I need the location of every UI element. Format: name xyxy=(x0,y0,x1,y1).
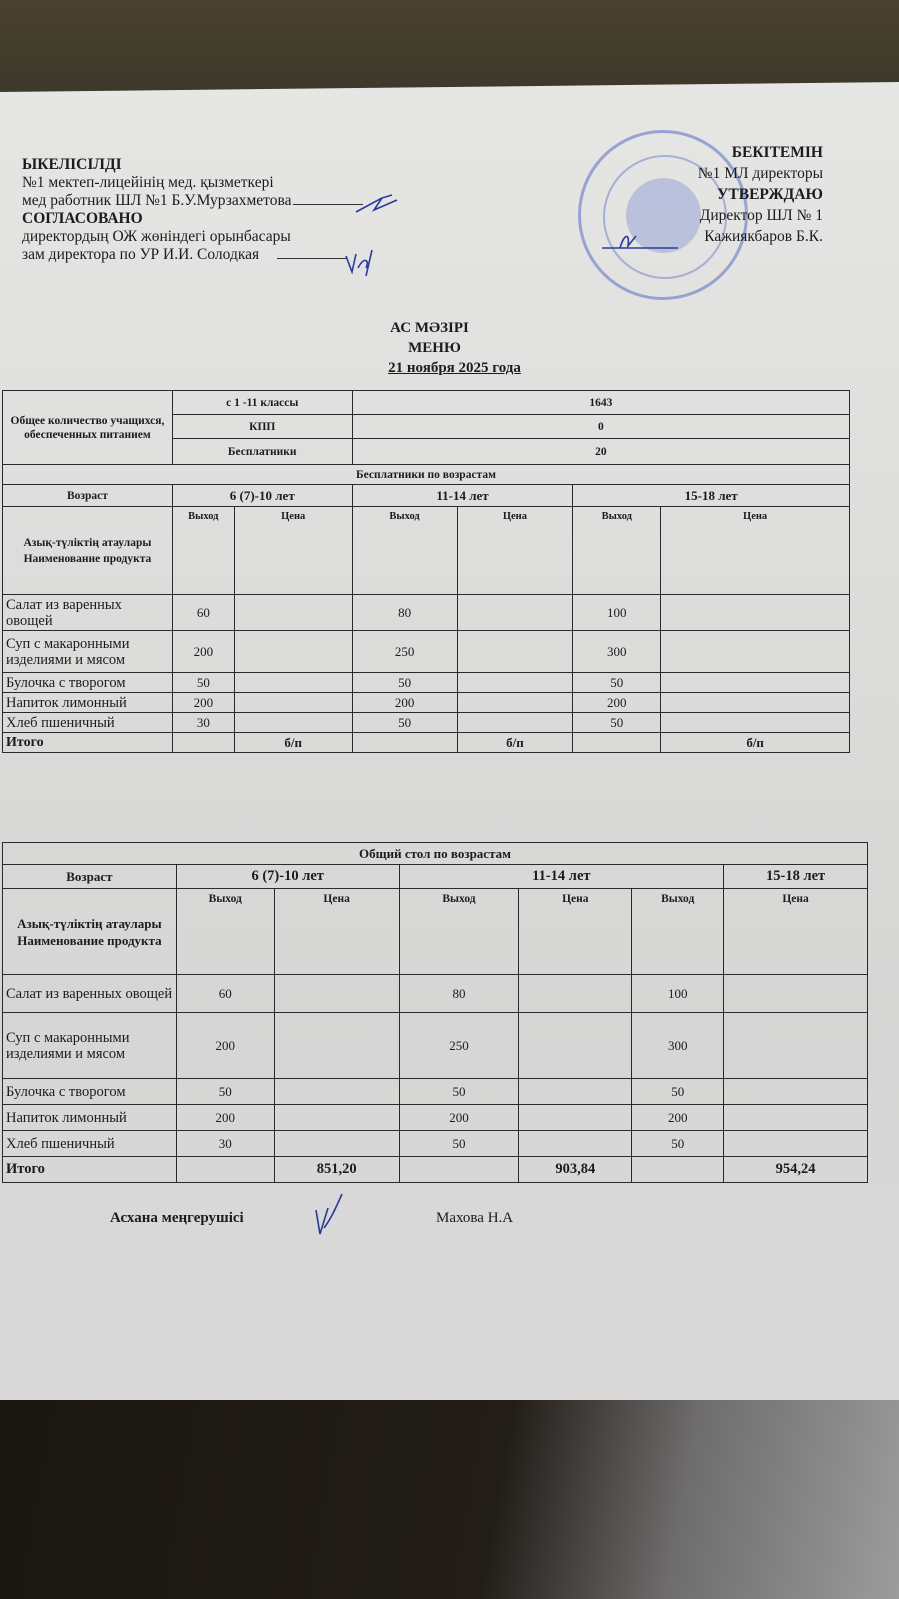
output-value: 50 xyxy=(176,1079,274,1105)
product-name: Хлеб пшеничный xyxy=(3,1131,177,1157)
product-name: Суп с макаронными изделиями и мясом xyxy=(3,1013,177,1079)
price-header: Цена xyxy=(724,889,868,975)
summary-row-value: 0 xyxy=(352,415,849,439)
table-title: Бесплатники по возрастам xyxy=(3,465,850,485)
output-value: 50 xyxy=(352,673,457,693)
output-header: Выход xyxy=(172,507,234,595)
output-header: Выход xyxy=(352,507,457,595)
price-value xyxy=(234,673,352,693)
output-value: 200 xyxy=(176,1105,274,1131)
product-header: Азық-түліктің атаулары Наименование прод… xyxy=(3,507,173,595)
output-value: 50 xyxy=(399,1131,519,1157)
table-row: Салат из варенных овощей6080100 xyxy=(3,595,850,631)
price-value xyxy=(274,1131,399,1157)
signature-icon xyxy=(600,228,680,252)
price-value xyxy=(234,595,352,631)
director-name: Кажиякбаров Б.К. xyxy=(698,226,823,247)
title-kz: АС МӘЗІРІ xyxy=(0,318,899,338)
output-value: 50 xyxy=(573,713,661,733)
deputy-ru: зам директора по УР И.И. Солодкая xyxy=(22,246,259,263)
output-value: 300 xyxy=(573,631,661,673)
price-value xyxy=(724,1013,868,1079)
price-value xyxy=(661,713,850,733)
output-value: 200 xyxy=(172,693,234,713)
product-name: Напиток лимонный xyxy=(3,693,173,713)
price-value xyxy=(519,1079,632,1105)
deputy-kz: директордың ОЖ жөніндегі орынбасары xyxy=(22,228,363,246)
price-value xyxy=(519,1131,632,1157)
product-name: Хлеб пшеничный xyxy=(3,713,173,733)
output-value: 250 xyxy=(352,631,457,673)
summary-row-value: 1643 xyxy=(352,391,849,415)
total-row: Итого 851,20 903,84 954,24 xyxy=(3,1157,868,1183)
table-row: Булочка с творогом505050 xyxy=(3,673,850,693)
menu-title: АС МӘЗІРІ МЕНЮ 21 ноября 2025 года xyxy=(0,318,899,378)
free-meals-table: Общее количество учащихся, обеспеченных … xyxy=(2,390,850,753)
price-value xyxy=(457,595,573,631)
kz-approve-heading: БЕКІТЕМІН xyxy=(698,142,823,163)
output-value: 200 xyxy=(176,1013,274,1079)
output-value: 50 xyxy=(632,1079,724,1105)
total-row: Итого б/п б/п б/п xyxy=(3,733,850,753)
product-name: Булочка с творогом xyxy=(3,1079,177,1105)
price-value xyxy=(724,1079,868,1105)
footer-role: Асхана меңгерушісі xyxy=(110,1210,244,1227)
table-row: Напиток лимонный200200200 xyxy=(3,693,850,713)
table-row: Салат из варенных овощей6080100 xyxy=(3,975,868,1013)
price-header: Цена xyxy=(519,889,632,975)
product-name: Салат из варенных овощей xyxy=(3,975,177,1013)
product-name: Напиток лимонный xyxy=(3,1105,177,1131)
ru-agreed-heading: СОГЛАСОВАНО xyxy=(22,210,363,228)
price-value xyxy=(457,713,573,733)
table-row: Хлеб пшеничный305050 xyxy=(3,713,850,733)
total-label: Итого xyxy=(3,733,173,753)
age-group: 6 (7)-10 лет xyxy=(176,865,399,889)
table-row: Булочка с творогом505050 xyxy=(3,1079,868,1105)
summary-label: Общее количество учащихся, обеспеченных … xyxy=(3,391,173,465)
kz-agreed-heading: ЫКЕЛІСІЛДІ xyxy=(22,156,363,174)
output-value: 300 xyxy=(632,1013,724,1079)
output-value: 200 xyxy=(172,631,234,673)
summary-row-label: с 1 -11 классы xyxy=(172,391,352,415)
output-value: 30 xyxy=(176,1131,274,1157)
price-value xyxy=(274,975,399,1013)
price-value xyxy=(724,1131,868,1157)
output-value: 50 xyxy=(172,673,234,693)
title-ru: МЕНЮ xyxy=(0,338,899,358)
output-value: 100 xyxy=(632,975,724,1013)
total-value: б/п xyxy=(661,733,850,753)
table-row: Суп с макаронными изделиями и мясом20025… xyxy=(3,1013,868,1079)
output-header: Выход xyxy=(399,889,519,975)
output-value: 50 xyxy=(573,673,661,693)
age-group: 6 (7)-10 лет xyxy=(172,485,352,507)
age-label: Возраст xyxy=(3,865,177,889)
age-group: 11-14 лет xyxy=(352,485,573,507)
output-value: 60 xyxy=(176,975,274,1013)
table-row: Хлеб пшеничный305050 xyxy=(3,1131,868,1157)
output-header: Выход xyxy=(573,507,661,595)
approval-block: БЕКІТЕМІН №1 МЛ директоры УТВЕРЖДАЮ Дире… xyxy=(698,142,823,247)
total-value: б/п xyxy=(234,733,352,753)
total-value: 954,24 xyxy=(724,1157,868,1183)
director-kz: №1 МЛ директоры xyxy=(698,163,823,184)
signature-line xyxy=(277,246,347,259)
price-value xyxy=(274,1013,399,1079)
footer-name: Махова Н.А xyxy=(436,1210,513,1227)
price-value xyxy=(457,631,573,673)
output-header: Выход xyxy=(176,889,274,975)
price-value xyxy=(274,1105,399,1131)
total-value: 851,20 xyxy=(274,1157,399,1183)
output-value: 100 xyxy=(573,595,661,631)
price-value xyxy=(234,713,352,733)
output-value: 200 xyxy=(632,1105,724,1131)
price-value xyxy=(724,975,868,1013)
signature-icon xyxy=(338,246,388,278)
summary-row: Общее количество учащихся, обеспеченных … xyxy=(3,391,850,415)
output-value: 80 xyxy=(399,975,519,1013)
summary-row-label: КПП xyxy=(172,415,352,439)
med-worker-ru: мед работник ШЛ №1 Б.У.Мурзахметова xyxy=(22,192,291,209)
signature-icon xyxy=(308,1190,348,1236)
med-worker-kz: №1 мектеп-лицейінің мед. қызметкері xyxy=(22,174,363,192)
product-name: Суп с макаронными изделиями и мясом xyxy=(3,631,173,673)
price-value xyxy=(234,631,352,673)
price-value xyxy=(724,1105,868,1131)
common-meals-table: Общий стол по возрастам Возраст 6 (7)-10… xyxy=(2,842,868,1183)
price-header: Цена xyxy=(274,889,399,975)
product-name: Булочка с творогом xyxy=(3,673,173,693)
total-label: Итого xyxy=(3,1157,177,1183)
menu-date: 21 ноября 2025 года xyxy=(10,358,899,378)
price-value xyxy=(519,1013,632,1079)
total-value: б/п xyxy=(457,733,573,753)
output-value: 50 xyxy=(632,1131,724,1157)
output-value: 250 xyxy=(399,1013,519,1079)
age-group: 15-18 лет xyxy=(573,485,850,507)
output-value: 60 xyxy=(172,595,234,631)
output-value: 200 xyxy=(573,693,661,713)
price-value xyxy=(274,1079,399,1105)
price-value xyxy=(519,975,632,1013)
table-row: Суп с макаронными изделиями и мясом20025… xyxy=(3,631,850,673)
ru-approve-heading: УТВЕРЖДАЮ xyxy=(698,184,823,205)
price-value xyxy=(661,631,850,673)
table-title: Общий стол по возрастам xyxy=(3,843,868,865)
price-header: Цена xyxy=(457,507,573,595)
director-ru: Директор ШЛ № 1 xyxy=(698,205,823,226)
background-bottom xyxy=(0,1400,899,1599)
price-value xyxy=(661,595,850,631)
output-header: Выход xyxy=(632,889,724,975)
table-row: Напиток лимонный200200200 xyxy=(3,1105,868,1131)
signature-icon xyxy=(352,192,412,217)
output-value: 50 xyxy=(352,713,457,733)
price-value xyxy=(661,693,850,713)
output-value: 200 xyxy=(352,693,457,713)
product-name: Салат из варенных овощей xyxy=(3,595,173,631)
background-top xyxy=(0,0,899,90)
output-value: 80 xyxy=(352,595,457,631)
price-value xyxy=(457,693,573,713)
product-header: Азық-түліктің атаулары Наименование прод… xyxy=(3,889,177,975)
price-value xyxy=(661,673,850,693)
price-value xyxy=(519,1105,632,1131)
age-group: 15-18 лет xyxy=(724,865,868,889)
price-header: Цена xyxy=(661,507,850,595)
output-value: 30 xyxy=(172,713,234,733)
age-group: 11-14 лет xyxy=(399,865,724,889)
summary-row-label: Бесплатники xyxy=(172,439,352,465)
price-header: Цена xyxy=(234,507,352,595)
summary-row-value: 20 xyxy=(352,439,849,465)
output-value: 200 xyxy=(399,1105,519,1131)
price-value xyxy=(457,673,573,693)
agreement-block: ЫКЕЛІСІЛДІ №1 мектеп-лицейінің мед. қызм… xyxy=(22,156,363,264)
price-value xyxy=(234,693,352,713)
output-value: 50 xyxy=(399,1079,519,1105)
age-label: Возраст xyxy=(3,485,173,507)
total-value: 903,84 xyxy=(519,1157,632,1183)
